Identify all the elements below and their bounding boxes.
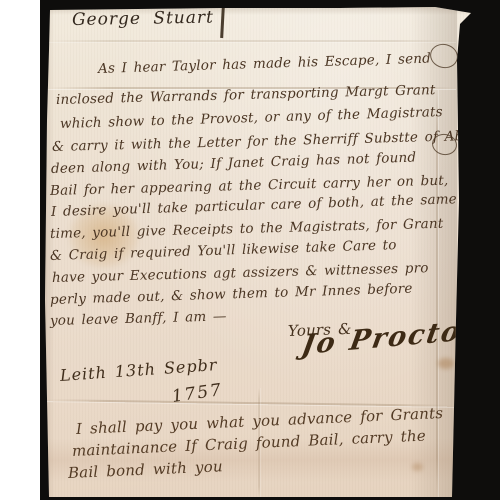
letter-line: inclosed the Warrands for transporting M…	[56, 82, 436, 108]
letter-line: you leave Banff, I am —	[50, 308, 227, 329]
paper-right-edge-shadow	[410, 0, 457, 500]
docket-name: George Stuart	[72, 8, 214, 30]
paper-stain-small-2	[412, 463, 423, 471]
paper-tear	[220, 6, 224, 38]
letter-paper: George Stuart As I hear Taylor has made …	[40, 0, 500, 500]
letter-line: perly made out, & show them to Mr Innes …	[50, 281, 413, 308]
year: 1757	[171, 380, 225, 407]
letter-photo: George Stuart As I hear Taylor has made …	[40, 0, 500, 500]
letter-line: deen along with You; If Janet Craig has …	[51, 150, 417, 177]
letter-line: As I hear Taylor has made his Escape, I …	[98, 51, 431, 77]
white-margin	[0, 0, 40, 500]
place-date: Leith 13th Sepbr	[59, 355, 218, 385]
letter-line: which show to the Provost, or any of the…	[60, 104, 443, 132]
paper-stain-small-1	[438, 358, 454, 369]
fold-crease-top	[48, 40, 456, 42]
